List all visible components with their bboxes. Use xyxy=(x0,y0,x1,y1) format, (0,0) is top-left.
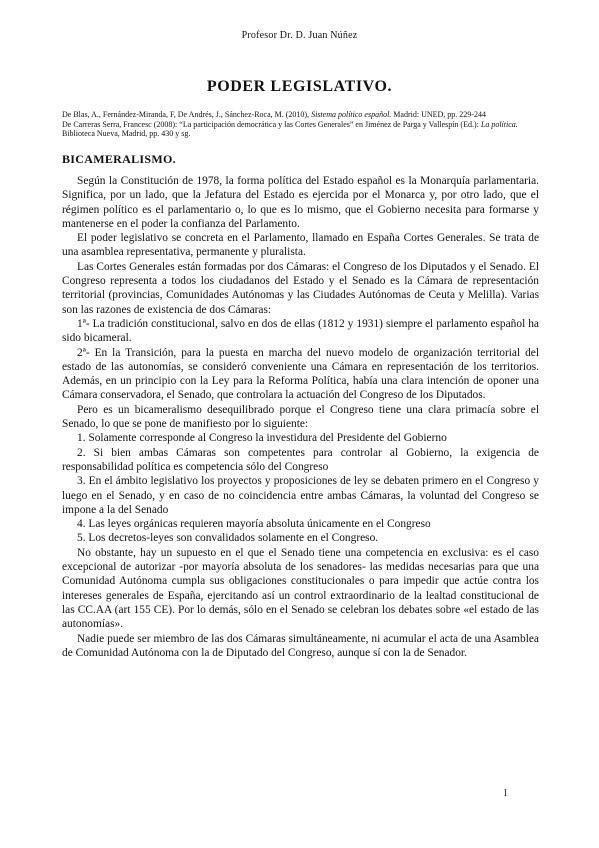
body-list-item: 2. Si bien ambas Cámaras son competentes… xyxy=(62,446,539,475)
body-paragraph: 1ª- La tradición constitucional, salvo e… xyxy=(62,317,539,346)
body-text: Según la Constitución de 1978, la forma … xyxy=(62,174,539,660)
references-block: De Blas, A., Fernández-Miranda, F, De An… xyxy=(62,110,539,139)
running-header: Profesor Dr. D. Juan Núñez xyxy=(0,30,599,41)
reference-entry: De Blas, A., Fernández-Miranda, F, De An… xyxy=(62,110,539,120)
document-page: Profesor Dr. D. Juan Núñez PODER LEGISLA… xyxy=(0,0,599,848)
body-paragraph: El poder legislativo se concreta en el P… xyxy=(62,231,539,260)
body-paragraph: Nadie puede ser miembro de las dos Cámar… xyxy=(62,632,539,661)
body-list-item: 3. En el ámbito legislativo los proyecto… xyxy=(62,474,539,517)
body-paragraph: 2ª- En la Transición, para la puesta en … xyxy=(62,346,539,403)
reference-text: Biblioteca Nueva, Madrid, pp. 430 y sg. xyxy=(62,129,190,138)
body-list-item: 4. Las leyes orgánicas requieren mayoría… xyxy=(62,517,539,531)
body-list-item: 1. Solamente corresponde al Congreso la … xyxy=(62,431,539,445)
section-heading: BICAMERALISMO. xyxy=(62,152,176,167)
document-title: PODER LEGISLATIVO. xyxy=(0,78,599,96)
reference-entry: De Carreras Serra, Francesc (2008): “La … xyxy=(62,120,539,139)
reference-book-title: Sistema político español. xyxy=(311,110,391,119)
page-number: 1 xyxy=(503,788,508,799)
reference-text: De Carreras Serra, Francesc (2008): “La … xyxy=(62,120,481,129)
reference-text: Madrid: UNED, pp. 229-244 xyxy=(391,110,486,119)
body-paragraph: Pero es un bicameralismo desequilibrado … xyxy=(62,403,539,432)
body-list-item: 5. Los decretos-leyes son convalidados s… xyxy=(62,531,539,545)
body-paragraph: Según la Constitución de 1978, la forma … xyxy=(62,174,539,231)
body-paragraph: No obstante, hay un supuesto en el que e… xyxy=(62,546,539,632)
body-paragraph: Las Cortes Generales están formadas por … xyxy=(62,260,539,317)
reference-text: De Blas, A., Fernández-Miranda, F, De An… xyxy=(62,110,311,119)
reference-book-title: La política. xyxy=(481,120,518,129)
